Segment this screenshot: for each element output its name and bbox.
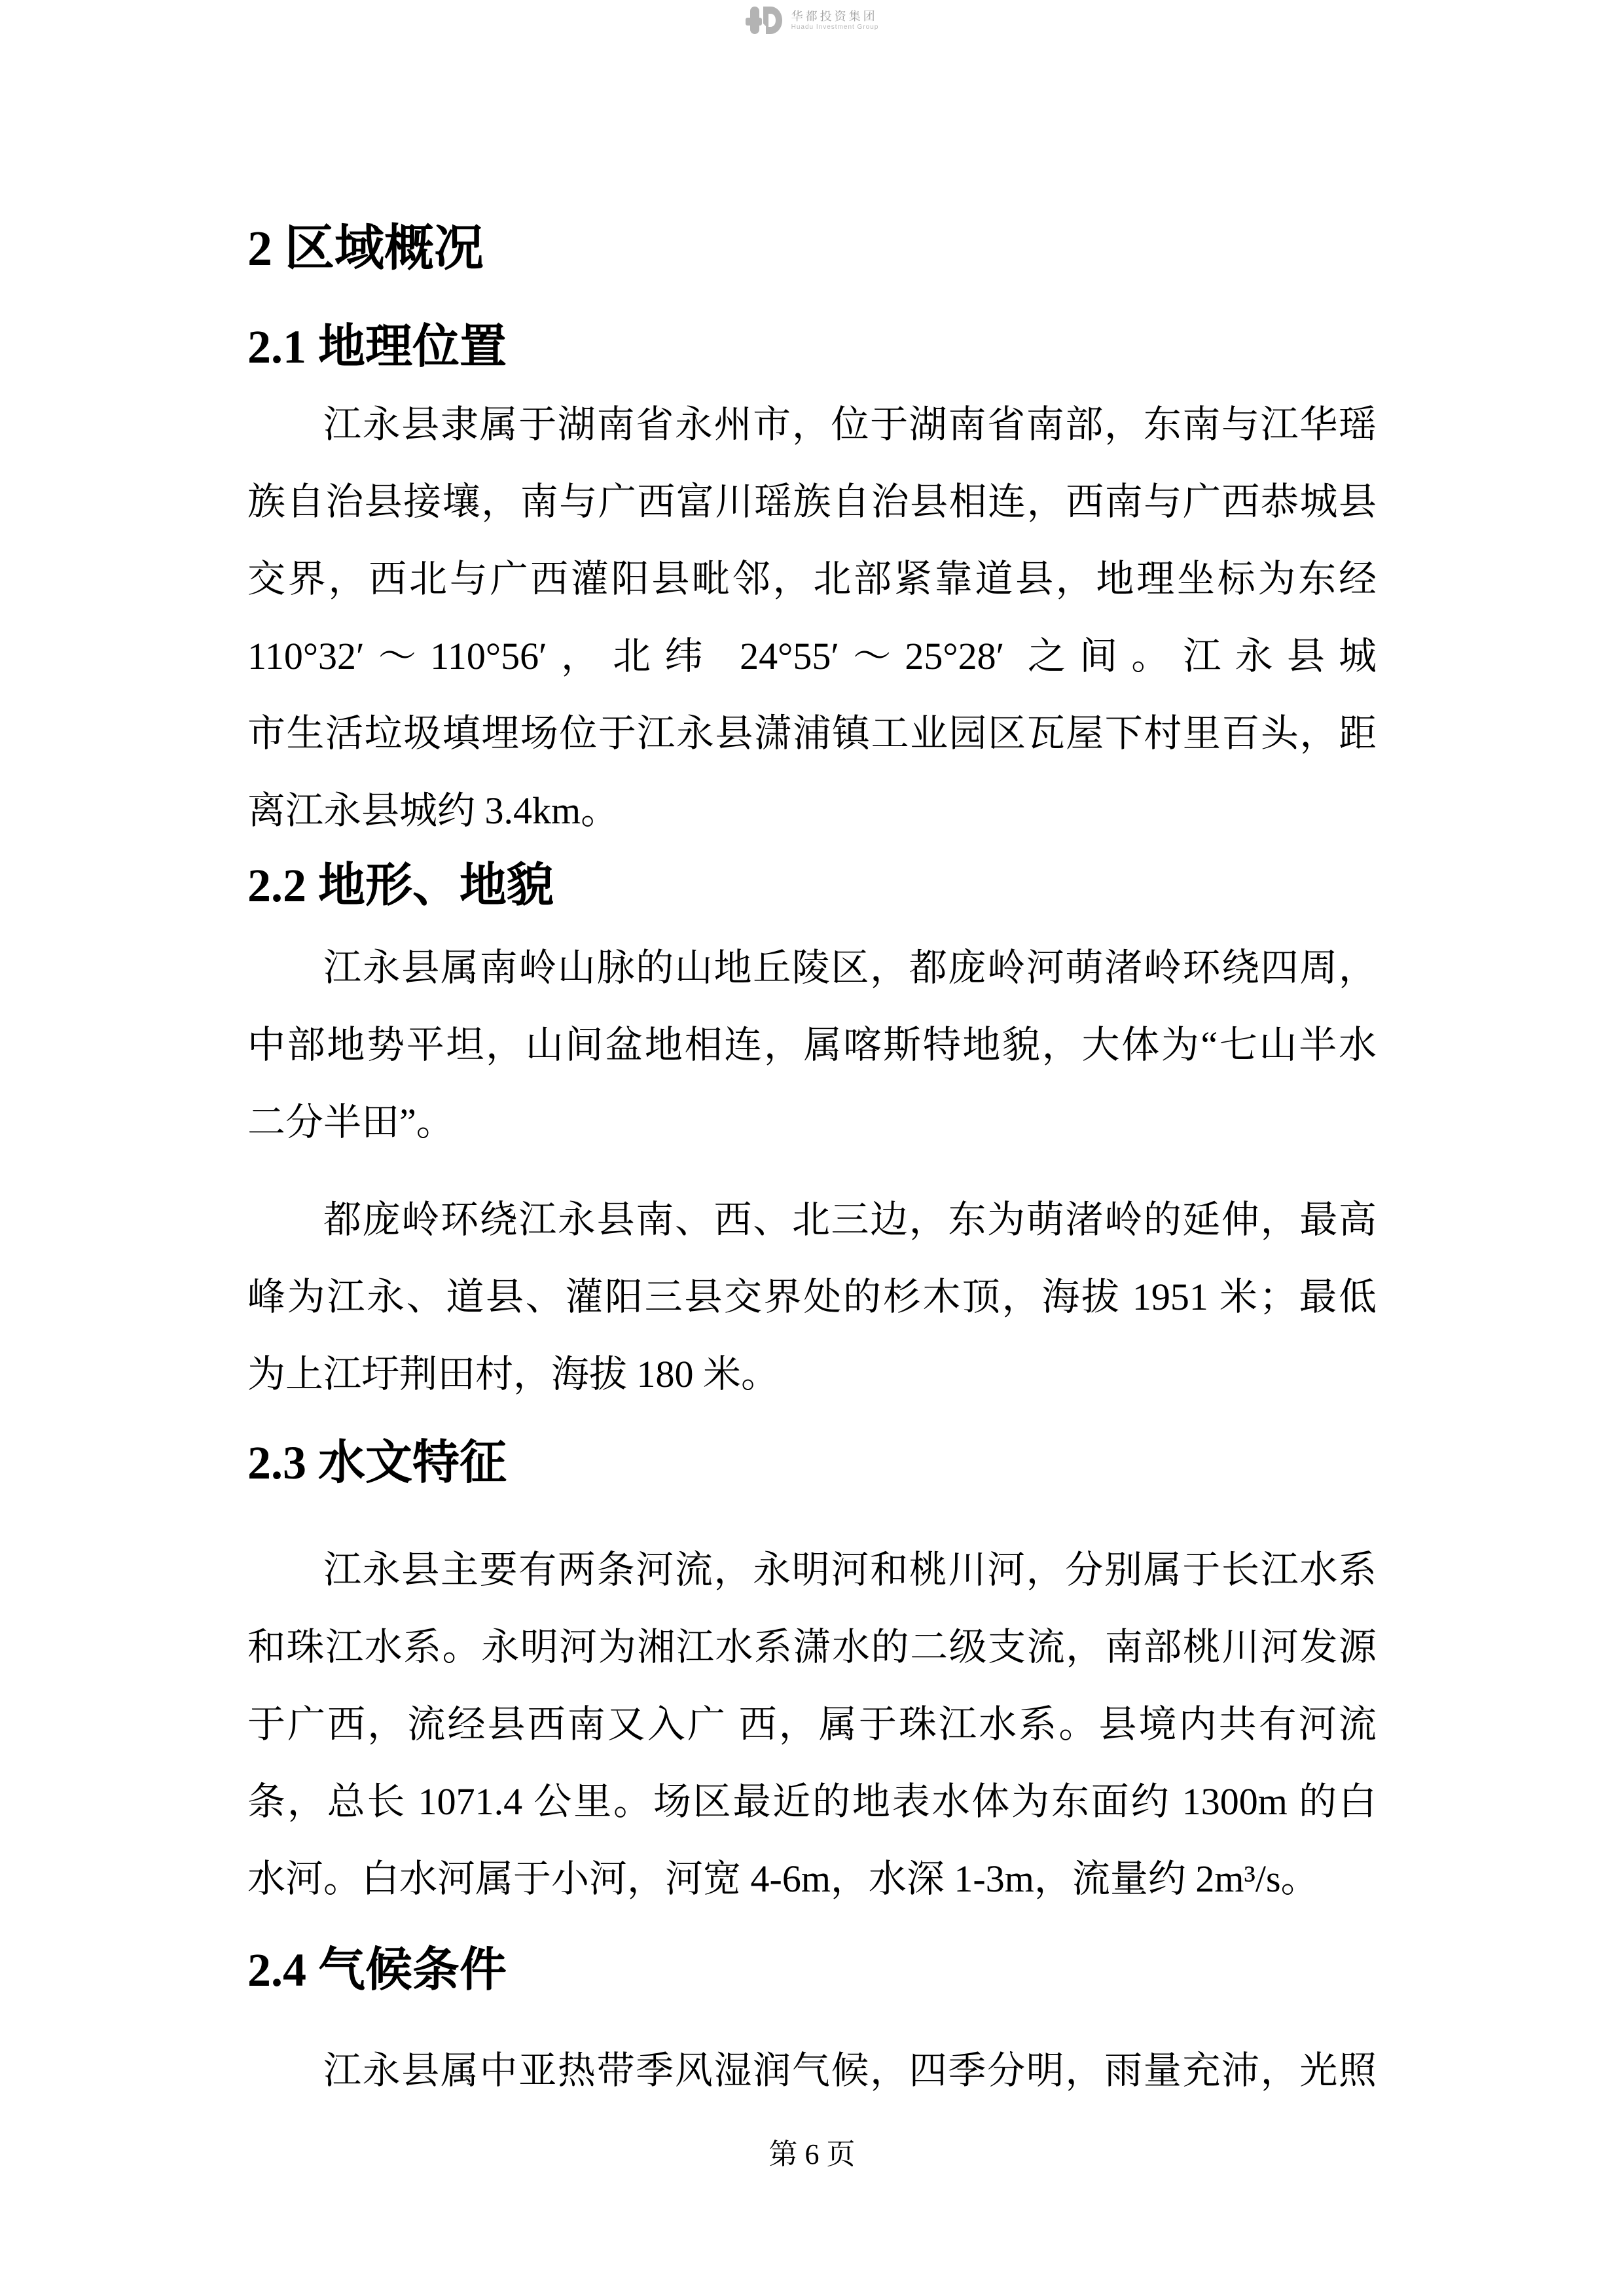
paragraph-terrain-2: 都庞岭环绕江永县南、西、北三边，东为萌渚岭的延伸，最高 峰为江永、道县、灌阳三县…	[247, 1181, 1377, 1413]
section-heading-2-2: 2.2 地形、地貌	[247, 850, 1377, 922]
paragraph-climate: 江永县属中亚热带季风湿润气候，四季分明，雨量充沛，光照	[247, 2032, 1377, 2109]
paragraph-line: 市生活垃圾填埋场位于江永县潇浦镇工业园区瓦屋下村里百头，距	[247, 695, 1377, 772]
page-number: 第 6 页	[0, 2135, 1624, 2174]
section-heading-2: 2 区域概况	[247, 213, 1377, 285]
document-body: 2 区域概况 2.1 地理位置 江永县隶属于湖南省永州市，位于湖南省南部，东南与…	[0, 0, 1624, 2109]
paragraph-line: 于广西，流经县西南又入广 西，属于珠江水系。县境内共有河流 211	[247, 1686, 1377, 1763]
paragraph-line: 江永县主要有两条河流，永明河和桃川河，分别属于长江水系	[247, 1532, 1377, 1609]
paragraph-geography: 江永县隶属于湖南省永州市，位于湖南省南部，东南与江华瑶 族自治县接壤，南与广西富…	[247, 386, 1377, 850]
paragraph-line: 110°32′～110°56′，北纬 24°55′～25°28′ 之间。江永县城	[247, 618, 1377, 695]
paragraph-line: 江永县隶属于湖南省永州市，位于湖南省南部，东南与江华瑶	[247, 386, 1377, 463]
paragraph-line: 族自治县接壤，南与广西富川瑶族自治县相连，西南与广西恭城县	[247, 463, 1377, 541]
paragraph-line: 江永县属中亚热带季风湿润气候，四季分明，雨量充沛，光照	[247, 2032, 1377, 2109]
paragraph-line: 水河。白水河属于小河，河宽 4-6m，水深 1-3m，流量约 2m³/s。	[247, 1840, 1377, 1918]
document-page: { "logo": { "name_cn": "华都投资集团", "name_e…	[0, 0, 1624, 2296]
section-heading-2-3: 2.3 水文特征	[247, 1427, 1377, 1499]
paragraph-line: 为上江圩荆田村，海拔 180 米。	[247, 1336, 1377, 1413]
paragraph-hydrology: 江永县主要有两条河流，永明河和桃川河，分别属于长江水系 和珠江水系。永明河为湘江…	[247, 1532, 1377, 1918]
paragraph-line: 交界，西北与广西灌阳县毗邻，北部紧靠道县，地理坐标为东经	[247, 541, 1377, 618]
paragraph-line: 二分半田”。	[247, 1084, 1377, 1161]
section-heading-2-1: 2.1 地理位置	[247, 311, 1377, 383]
paragraph-line: 条，总长 1071.4 公里。场区最近的地表水体为东面约 1300m 的白	[247, 1763, 1377, 1840]
paragraph-line: 离江永县城约 3.4km。	[247, 772, 1377, 850]
paragraph-line: 和珠江水系。永明河为湘江水系潇水的二级支流，南部桃川河发源	[247, 1609, 1377, 1686]
paragraph-line: 中部地势平坦，山间盆地相连，属喀斯特地貌，大体为“七山半水	[247, 1007, 1377, 1084]
paragraph-line: 都庞岭环绕江永县南、西、北三边，东为萌渚岭的延伸，最高	[247, 1181, 1377, 1259]
paragraph-line: 峰为江永、道县、灌阳三县交界处的杉木顶，海拔 1951 米；最低	[247, 1259, 1377, 1336]
paragraph-terrain-1: 江永县属南岭山脉的山地丘陵区，都庞岭河萌渚岭环绕四周， 中部地势平坦，山间盆地相…	[247, 929, 1377, 1161]
section-heading-2-4: 2.4 气候条件	[247, 1934, 1377, 2006]
paragraph-line: 江永县属南岭山脉的山地丘陵区，都庞岭河萌渚岭环绕四周，	[247, 929, 1377, 1007]
